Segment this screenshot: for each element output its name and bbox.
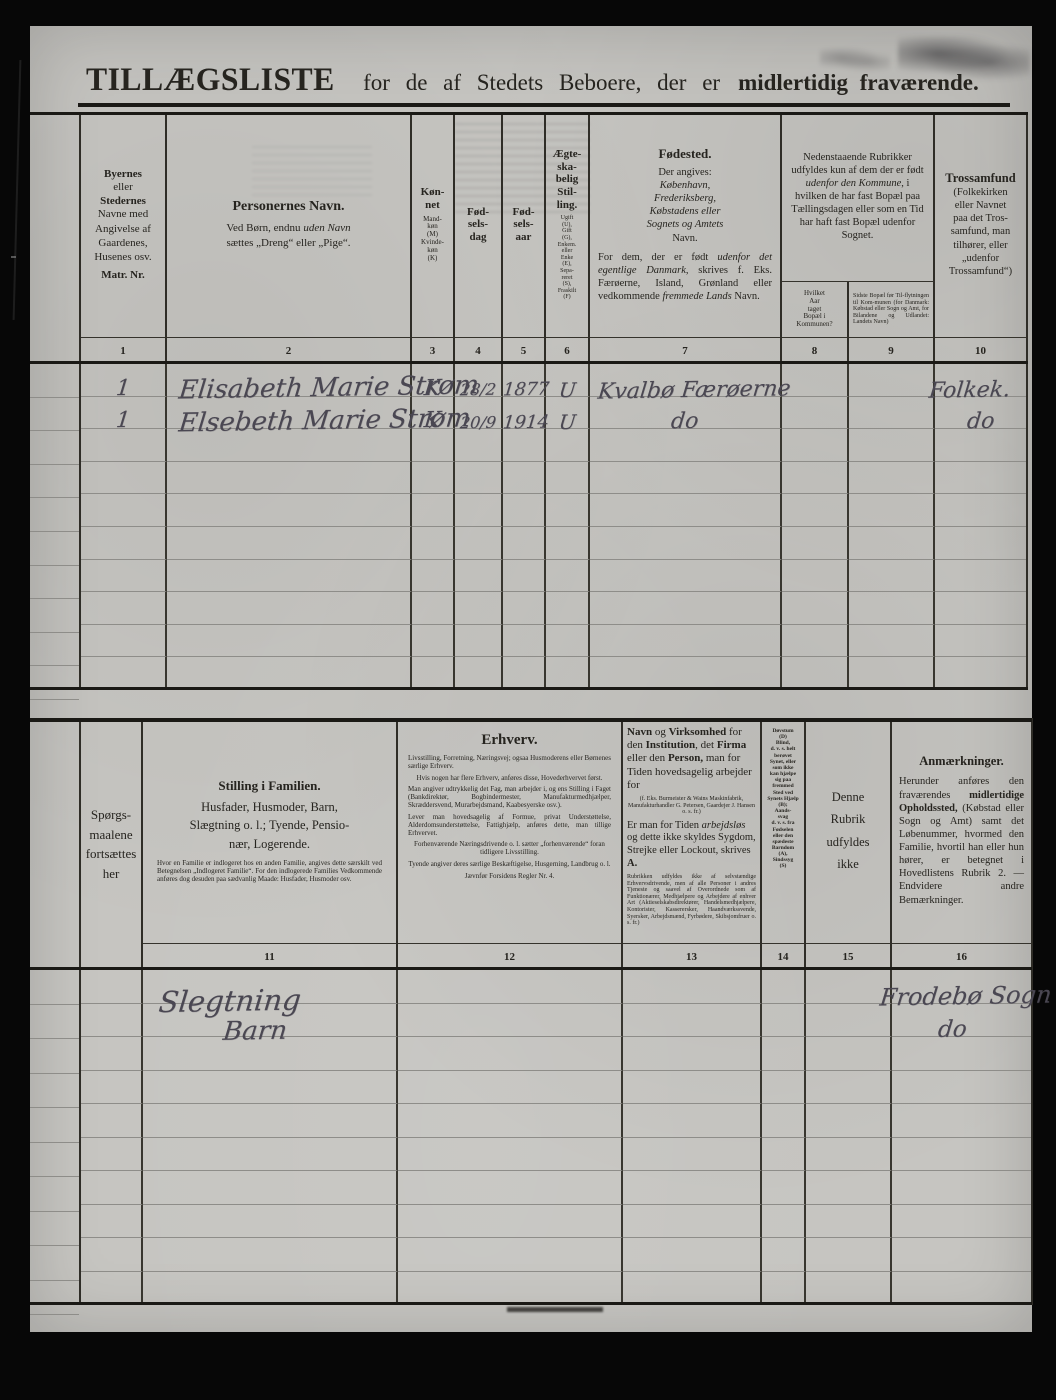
paper-sheet: TILLÆGSLISTE for de af Stedets Beboere, … bbox=[30, 26, 1032, 1332]
empty-cell bbox=[546, 429, 590, 462]
col-header-3: Køn- net Mand- køn (M) Kvinde- køn (K) bbox=[412, 112, 455, 338]
empty-cell bbox=[546, 462, 590, 495]
entry-matr-2: 1 bbox=[115, 411, 131, 431]
empty-cell bbox=[623, 1104, 762, 1138]
birthyear-cell: 1914 bbox=[503, 397, 546, 430]
entry-birthyear-1: 1877 bbox=[502, 382, 550, 399]
col-header-13: Navn og Virksomhed for den Institution, … bbox=[623, 718, 762, 944]
empty-cell bbox=[167, 527, 412, 560]
entry-marital-1: U bbox=[558, 380, 577, 398]
empty-cell bbox=[935, 462, 1026, 495]
empty-cell bbox=[81, 1138, 143, 1172]
empty-cell bbox=[806, 1104, 892, 1138]
empty-cell bbox=[762, 1205, 806, 1239]
empty-cell bbox=[81, 560, 167, 593]
empty-cell bbox=[590, 560, 782, 593]
empty-cell bbox=[935, 494, 1026, 527]
empty-cell bbox=[455, 657, 503, 690]
empty-cell bbox=[623, 1205, 762, 1239]
empty-cell bbox=[546, 527, 590, 560]
empty-cell bbox=[892, 1171, 1031, 1205]
empty-cell bbox=[398, 1004, 623, 1038]
empty-cell bbox=[762, 1104, 806, 1138]
col-header-8-9-merged: Nedenstaaende Rubrikker udfyldes kun af … bbox=[782, 112, 935, 282]
empty-cell bbox=[782, 657, 849, 690]
empty-cell bbox=[762, 970, 806, 1004]
col-header-11: Stilling i Familien. Husfader, Husmoder,… bbox=[143, 718, 398, 944]
empty-cell bbox=[143, 1071, 398, 1105]
faith-cell: Folkek. bbox=[935, 364, 1026, 397]
col-header-7: Fødested. Der angives: København, Freder… bbox=[590, 112, 782, 338]
empty-cell bbox=[167, 657, 412, 690]
empty-cell bbox=[806, 1171, 892, 1205]
empty-cell bbox=[398, 1171, 623, 1205]
empty-cell bbox=[455, 527, 503, 560]
empty-cell bbox=[546, 657, 590, 690]
entry-faith-2: do bbox=[966, 412, 995, 432]
empty-cell bbox=[546, 494, 590, 527]
entry-birthday-2: 20/9 bbox=[459, 415, 497, 430]
col-header-9: Sidste Bopæl før Til-flytningen til Kom-… bbox=[849, 282, 935, 338]
empty-cell bbox=[806, 1037, 892, 1071]
empty-cell bbox=[455, 560, 503, 593]
col-header-10: Trossamfund (Folkekirken eller Navnet pa… bbox=[935, 112, 1026, 338]
empty-cell bbox=[503, 462, 546, 495]
empty-cell bbox=[503, 494, 546, 527]
empty-cell bbox=[782, 429, 849, 462]
empty-cell bbox=[167, 494, 412, 527]
entry-birthplace-2: do bbox=[670, 412, 699, 432]
empty-cell bbox=[892, 1071, 1031, 1105]
empty-cell bbox=[81, 657, 167, 690]
entry-remarks-1: Frodebø Sogn bbox=[879, 984, 1053, 1009]
empty-cell bbox=[81, 625, 167, 658]
empty-cell bbox=[623, 970, 762, 1004]
empty-cell bbox=[143, 1138, 398, 1172]
film-speck bbox=[11, 256, 16, 258]
empty-cell bbox=[849, 494, 935, 527]
col-header-15: Denne Rubrik udfyldes ikke bbox=[806, 718, 892, 944]
margin-rules-top-table bbox=[30, 364, 79, 700]
empty-cell bbox=[167, 462, 412, 495]
entry-sex-1: K bbox=[423, 379, 442, 399]
empty-cell bbox=[81, 1037, 143, 1071]
empty-cell bbox=[455, 494, 503, 527]
entry-birthday-1: 28/2 bbox=[459, 383, 497, 398]
bottom-table: Spørgs- maalene fortsættes her Stilling … bbox=[79, 718, 1033, 1305]
empty-cell bbox=[782, 494, 849, 527]
title-rest: for de af Stedets Beboere, der er bbox=[363, 70, 720, 96]
empty-cell bbox=[81, 527, 167, 560]
empty-cell bbox=[455, 625, 503, 658]
col-header-2: Personernes Navn. Ved Børn, endnu uden N… bbox=[167, 112, 412, 338]
empty-cell bbox=[81, 1238, 143, 1272]
empty-cell bbox=[806, 1071, 892, 1105]
empty-cell bbox=[806, 1238, 892, 1272]
empty-cell bbox=[849, 625, 935, 658]
empty-cell bbox=[762, 1004, 806, 1038]
empty-cell bbox=[167, 625, 412, 658]
empty-cell bbox=[782, 462, 849, 495]
empty-cell bbox=[143, 1205, 398, 1239]
side-label: Spørgs- maalene fortsættes her bbox=[86, 805, 137, 883]
empty-cell bbox=[892, 1238, 1031, 1272]
entry-sex-2: K bbox=[423, 411, 442, 431]
empty-cell bbox=[167, 560, 412, 593]
title-bold-end: midlertidig fraværende. bbox=[738, 70, 979, 96]
birthday-cell: 20/9 bbox=[455, 397, 503, 430]
empty-cell bbox=[81, 429, 167, 462]
family-position-cell: Slegtning bbox=[143, 970, 398, 1004]
empty-cell bbox=[849, 364, 935, 397]
empty-cell bbox=[762, 1272, 806, 1306]
matr-nr-cell: 1 bbox=[81, 364, 167, 397]
film-scratch bbox=[13, 60, 22, 320]
scanned-census-page: TILLÆGSLISTE for de af Stedets Beboere, … bbox=[0, 0, 1056, 1400]
empty-cell bbox=[935, 560, 1026, 593]
title-rule bbox=[78, 103, 1010, 107]
entry-position-2: Barn bbox=[142, 1019, 289, 1045]
margin-rules-bottom-table bbox=[30, 970, 79, 1315]
empty-cell bbox=[806, 1272, 892, 1306]
col-header-6: Ægte- ska- belig Stil- ling. Ugift (U), … bbox=[546, 112, 590, 338]
birthplace-cell: Kvalbø Færøerne bbox=[590, 364, 782, 397]
birthday-cell: 28/2 bbox=[455, 364, 503, 397]
empty-cell bbox=[398, 970, 623, 1004]
marital-cell: U bbox=[546, 364, 590, 397]
name-cell: Elisabeth Marie Strøm bbox=[167, 364, 412, 397]
col-header-5: Fød- sels- aar bbox=[503, 112, 546, 338]
empty-cell bbox=[412, 527, 455, 560]
empty-cell bbox=[167, 592, 412, 625]
empty-cell bbox=[398, 1037, 623, 1071]
col-header-1: Byernes eller Stedernes Navne med Angive… bbox=[81, 112, 167, 338]
empty-cell bbox=[81, 494, 167, 527]
empty-cell bbox=[503, 560, 546, 593]
empty-cell bbox=[849, 560, 935, 593]
empty-cell bbox=[849, 527, 935, 560]
empty-cell bbox=[623, 1272, 762, 1306]
empty-cell bbox=[412, 560, 455, 593]
empty-cell bbox=[782, 527, 849, 560]
empty-cell bbox=[623, 1171, 762, 1205]
empty-cell bbox=[503, 429, 546, 462]
empty-cell bbox=[806, 1138, 892, 1172]
empty-cell bbox=[546, 560, 590, 593]
col-header-12: Erhverv. Livsstilling, Forretning, Nærin… bbox=[398, 718, 623, 944]
col-header-14: Døvstum (D) Blind, d. v. s. helt berøvet… bbox=[762, 718, 806, 944]
empty-cell bbox=[935, 625, 1026, 658]
empty-cell bbox=[412, 625, 455, 658]
empty-cell bbox=[806, 1205, 892, 1239]
empty-cell bbox=[503, 657, 546, 690]
empty-cell bbox=[412, 657, 455, 690]
side-label-cell: Spørgs- maalene fortsættes her bbox=[81, 718, 143, 970]
empty-cell bbox=[412, 592, 455, 625]
empty-cell bbox=[623, 1138, 762, 1172]
birthyear-cell: 1877 bbox=[503, 364, 546, 397]
empty-cell bbox=[455, 429, 503, 462]
empty-cell bbox=[590, 657, 782, 690]
empty-cell bbox=[762, 1138, 806, 1172]
empty-cell bbox=[892, 1104, 1031, 1138]
empty-cell bbox=[935, 592, 1026, 625]
empty-cell bbox=[503, 527, 546, 560]
empty-cell bbox=[782, 560, 849, 593]
empty-cell bbox=[590, 625, 782, 658]
empty-cell bbox=[623, 1238, 762, 1272]
empty-cell bbox=[762, 1037, 806, 1071]
empty-cell bbox=[782, 397, 849, 430]
bottom-table-number-rule bbox=[30, 967, 1032, 970]
printer-imprint bbox=[507, 1307, 603, 1312]
empty-cell bbox=[892, 1138, 1031, 1172]
empty-cell bbox=[81, 1205, 143, 1239]
entry-birthplace-1: Kvalbø Færøerne bbox=[589, 379, 792, 402]
col-header-8: Hvilket Aar taget Bopæl i Kommunen? bbox=[782, 282, 849, 338]
entry-marital-2: U bbox=[558, 413, 577, 431]
empty-cell bbox=[590, 429, 782, 462]
empty-cell bbox=[412, 494, 455, 527]
title-main: TILLÆGSLISTE bbox=[86, 62, 335, 99]
bottom-table-bottom-rule bbox=[30, 1302, 1032, 1305]
top-table: Byernes eller Stedernes Navne med Angive… bbox=[79, 112, 1028, 690]
margin-cell bbox=[81, 970, 143, 1004]
empty-cell bbox=[892, 1205, 1031, 1239]
remarks-cell: Frodebø Sogn bbox=[892, 970, 1031, 1004]
empty-cell bbox=[143, 1272, 398, 1306]
empty-cell bbox=[398, 1205, 623, 1239]
empty-cell bbox=[590, 494, 782, 527]
top-table-bottom-rule bbox=[30, 687, 1028, 690]
empty-cell bbox=[81, 592, 167, 625]
empty-cell bbox=[398, 1238, 623, 1272]
empty-cell bbox=[849, 397, 935, 430]
entry-remarks-2: do bbox=[891, 1020, 968, 1042]
empty-cell bbox=[892, 1272, 1031, 1306]
empty-cell bbox=[503, 625, 546, 658]
bottom-table-top-rule bbox=[30, 718, 1032, 722]
matr-nr-cell: 1 bbox=[81, 397, 167, 430]
empty-cell bbox=[546, 592, 590, 625]
empty-cell bbox=[590, 462, 782, 495]
empty-cell bbox=[762, 1071, 806, 1105]
page-title: TILLÆGSLISTE for de af Stedets Beboere, … bbox=[86, 62, 979, 99]
empty-cell bbox=[81, 1171, 143, 1205]
empty-cell bbox=[81, 462, 167, 495]
empty-cell bbox=[762, 1171, 806, 1205]
empty-cell bbox=[935, 429, 1026, 462]
empty-cell bbox=[546, 625, 590, 658]
empty-cell bbox=[782, 364, 849, 397]
empty-cell bbox=[143, 1104, 398, 1138]
empty-cell bbox=[623, 1004, 762, 1038]
empty-cell bbox=[143, 1171, 398, 1205]
empty-cell bbox=[412, 462, 455, 495]
empty-cell bbox=[143, 1238, 398, 1272]
empty-cell bbox=[590, 592, 782, 625]
empty-cell bbox=[623, 1037, 762, 1071]
empty-cell bbox=[398, 1138, 623, 1172]
empty-cell bbox=[782, 592, 849, 625]
empty-cell bbox=[398, 1104, 623, 1138]
margin-cell bbox=[81, 1004, 143, 1038]
entry-matr-1: 1 bbox=[115, 379, 131, 399]
entry-birthyear-2: 1914 bbox=[502, 415, 550, 432]
empty-cell bbox=[782, 625, 849, 658]
empty-cell bbox=[81, 1272, 143, 1306]
empty-cell bbox=[503, 592, 546, 625]
empty-cell bbox=[849, 657, 935, 690]
empty-cell bbox=[455, 462, 503, 495]
empty-cell bbox=[935, 657, 1026, 690]
empty-cell bbox=[849, 592, 935, 625]
empty-cell bbox=[623, 1071, 762, 1105]
top-table-top-rule bbox=[30, 112, 1028, 115]
top-table-number-rule bbox=[30, 361, 1028, 364]
empty-cell bbox=[398, 1272, 623, 1306]
empty-cell bbox=[398, 1071, 623, 1105]
empty-cell bbox=[849, 462, 935, 495]
empty-cell bbox=[849, 429, 935, 462]
empty-cell bbox=[762, 1238, 806, 1272]
empty-cell bbox=[81, 1071, 143, 1105]
empty-cell bbox=[455, 592, 503, 625]
entry-faith-1: Folkek. bbox=[928, 380, 1011, 401]
empty-cell bbox=[81, 1104, 143, 1138]
entry-position-1: Slegtning bbox=[141, 987, 302, 1016]
empty-cell bbox=[590, 527, 782, 560]
empty-cell bbox=[935, 527, 1026, 560]
col-header-4: Fød- sels- dag bbox=[455, 112, 503, 338]
col-header-16: Anmærkninger. Herunder anføres den fravæ… bbox=[892, 718, 1031, 944]
